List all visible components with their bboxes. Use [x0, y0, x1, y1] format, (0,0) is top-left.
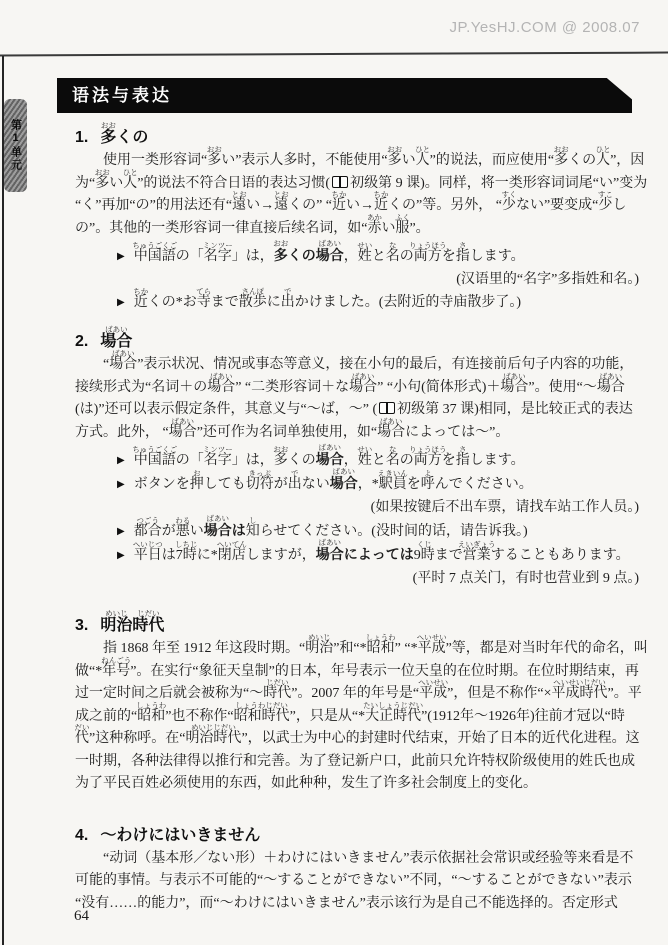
- ruby-base: 場合ばあい: [100, 333, 132, 350]
- ruby-base: 場合ばあい: [169, 425, 197, 440]
- ruby-base: 中国語ちゅうごくご: [134, 453, 176, 468]
- ruby-base: 多おお: [207, 153, 221, 168]
- ruby-base: 姓せい: [358, 453, 372, 468]
- ruby-base: 切符きっぷ: [246, 477, 274, 492]
- bullet-arrow-icon: ▶: [117, 526, 125, 537]
- example-sentence: ▶中国語ちゅうごくごの「名字ミンツー」は，多おおくの場合ばあい，姓せいと名なの両…: [75, 448, 641, 472]
- ruby-base: 近ちか: [332, 198, 346, 213]
- ruby-base: 場合ばあい: [316, 247, 344, 263]
- bullet-arrow-icon: ▶: [117, 455, 125, 466]
- ruby-base: 都合つごう: [134, 524, 162, 539]
- furigana: ばあい: [105, 326, 128, 334]
- ruby-base: 名な: [386, 453, 400, 468]
- ruby-base: 指さ: [456, 453, 470, 468]
- example-sentence-text: 平日へいじつは7時しちじに*閉店へいてんしますが，場合ばあいによっては9時くじま…: [134, 548, 630, 563]
- textbook-reference-icon: [379, 402, 395, 414]
- ruby-base: 呼よ: [421, 477, 435, 492]
- paragraph-line: 可能的事情。与表示不可能的“～することができない”不同，“～することができない”…: [75, 870, 641, 893]
- furigana: おお: [273, 240, 288, 248]
- paragraph-line: (は)”还可以表示假定条件，其意义与“～ば，～” (初级第 37 课)相同，是比…: [75, 399, 641, 422]
- paragraph-line: “动词（基本形／ない形）＋わけにはいきません”表示依据社会常识或经验等来看是不: [75, 848, 641, 871]
- furigana: ちゅうごくご: [132, 446, 177, 454]
- bullet-arrow-icon: ▶: [117, 297, 125, 308]
- ruby-base: 場合ばあい: [377, 425, 405, 440]
- section-header-title: 语法与表达: [57, 78, 172, 113]
- ruby-base: 場合ばあい: [330, 475, 358, 491]
- ruby-base: 服ふく: [395, 221, 409, 236]
- furigana: ちゅうごくご: [132, 242, 177, 250]
- furigana: きっぷ: [248, 470, 271, 478]
- ruby-base: 指さ: [456, 249, 470, 264]
- ruby-base: 平成へいせい: [418, 641, 446, 656]
- ruby-base: 名な: [386, 249, 400, 264]
- ruby-base: 出で: [281, 295, 295, 310]
- section-title: 場合ばあい: [100, 333, 132, 350]
- ruby-base: 駅員えきいん: [379, 477, 407, 492]
- ruby-base: 昭和しょうわ: [367, 641, 395, 656]
- ruby-base: 両方りょうほう: [414, 249, 442, 264]
- ruby-base: 多おお: [388, 153, 402, 168]
- section-number: 4.: [75, 827, 88, 844]
- content-column: 1.多おおくの 使用一类形容词“多おおい”表示人多时，不能使用“多おおい人ひと”…: [75, 116, 641, 915]
- grammar-section: 1.多おおくの 使用一类形容词“多おおい”表示人多时，不能使用“多おおい人ひと”…: [75, 116, 641, 314]
- ruby-base: 平日へいじつ: [134, 548, 162, 563]
- paragraph-line: 做“*年号ねんごう”。在实行“象征天皇制”的日本，年号表示一位天皇的在位时期。在…: [75, 661, 641, 684]
- ruby-base: 人ひと: [416, 153, 430, 168]
- furigana: さ: [459, 446, 467, 454]
- ruby-base: 昭和しょうわ: [137, 709, 165, 724]
- furigana: りょうほう: [409, 446, 447, 454]
- ruby-base: 押お: [190, 477, 204, 492]
- bullet-arrow-icon: ▶: [117, 550, 125, 561]
- paragraph-line: 成之前的“昭和しょうわ”也不称作“昭和時代しょうわじだい”，只是从“*大正時代た…: [75, 706, 641, 729]
- grammar-section: 3.明治めいじ時代じだい 指 1868 年至 1912 年这段时期。“明治めいじ…: [75, 604, 641, 796]
- section-examples: ▶中国語ちゅうごくごの「名字ミンツー」は，多おおくの場合ばあい，姓せいと名なの両…: [75, 448, 641, 590]
- ruby-base: 平成時代へいせいじだい: [551, 686, 607, 701]
- section-number: 1.: [75, 129, 88, 146]
- grammar-section: 2.場合ばあい “場合ばあい”表示状况、情况或事态等意义，接在小句的最后，有连接…: [75, 320, 641, 590]
- paragraph-line: 使用一类形容词“多おおい”表示人多时，不能使用“多おおい人ひと”的说法，而应使用…: [75, 150, 641, 173]
- furigana: な: [389, 446, 397, 454]
- ruby-base: 多おお: [554, 153, 568, 168]
- furigana: で: [291, 470, 299, 478]
- ruby-base: 名字ミンツー: [204, 453, 232, 468]
- ruby-base: 7時しちじ: [176, 548, 197, 563]
- ruby-base: 少すく: [502, 198, 516, 213]
- ruby-base: 遠とお: [232, 198, 246, 213]
- ruby-base: 閉店へいてん: [218, 548, 246, 563]
- ruby-base: 平成へいせい: [419, 686, 447, 701]
- grammar-section: 4.～わけにはいきません “动词（基本形／ない形）＋わけにはいきません”表示依据…: [75, 814, 641, 916]
- paragraph-line: 一时期，各种法律得以推行和完善。为了登记新户口，此前只允许特权阶级使用的姓氏也成: [75, 751, 641, 774]
- section-number: 3.: [75, 617, 88, 634]
- ruby-base: 両方りょうほう: [414, 453, 442, 468]
- example-translation: (如果按键后不出车票，请找车站工作人员。): [75, 496, 641, 519]
- furigana: し: [249, 517, 257, 525]
- ruby-base: 遠とお: [274, 198, 288, 213]
- ruby-base: 多おお: [95, 176, 109, 191]
- scan-top-edge-line: [0, 52, 668, 57]
- furigana: へいてん: [217, 541, 247, 549]
- ruby-base: 場合ばあい: [204, 522, 232, 538]
- ruby-base: 散歩さんぽ: [239, 295, 267, 310]
- ruby-base: 寺てら: [197, 295, 211, 310]
- ruby-base: 近ちか: [134, 295, 148, 310]
- ruby-base: 代だい: [75, 731, 89, 746]
- furigana: えきいん: [378, 470, 408, 478]
- section-paragraph: “动词（基本形／ない形）＋わけにはいきません”表示依据社会常识或经验等来看是不可…: [75, 848, 641, 916]
- section-number: 2.: [75, 333, 88, 350]
- example-sentence-text: 近ちかくの*お寺てらまで散歩さんぽに出でかけました。(去附近的寺庙散步了。): [134, 295, 521, 310]
- ruby-base: 場合ばあい: [316, 546, 344, 562]
- unit-tab-label: 第1单元: [8, 119, 24, 172]
- paragraph-line: “没有……的能力”，而“～わけにはいきません”表示该行为是自己不能选择的。否定形…: [75, 893, 641, 916]
- section-title: ～わけにはいきません: [100, 827, 260, 844]
- section-header-bar: 语法与表达: [57, 78, 632, 113]
- furigana: めいじ: [105, 610, 128, 618]
- example-sentence-text: ボタンを押おしても切符きっぷが出でない場合ばあい，*駅員えきいんを呼よんでくださ…: [134, 477, 533, 492]
- furigana: よ: [424, 470, 432, 478]
- furigana: な: [389, 242, 397, 250]
- emphasized-grammar-term: 多おおくの場合ばあい: [274, 247, 344, 263]
- furigana: くじ: [417, 541, 432, 549]
- section-examples: ▶中国語ちゅうごくごの「名字ミンツー」は，多おおくの場合ばあい，姓せいと名なの両…: [75, 244, 641, 314]
- example-translation: (平时 7 点关门，有时也营业到 9 点。): [75, 567, 641, 590]
- furigana: ばあい: [318, 240, 341, 248]
- furigana: せい: [357, 242, 372, 250]
- furigana: さ: [459, 242, 467, 250]
- ruby-base: 昭和時代しょうわじだい: [234, 709, 290, 724]
- ruby-base: 時代じだい: [132, 617, 164, 634]
- example-sentence: ▶近ちかくの*お寺てらまで散歩さんぽに出でかけました。(去附近的寺庙散步了。): [75, 291, 641, 314]
- section-paragraph: 指 1868 年至 1912 年这段时期。“明治めいじ”和“*昭和しょうわ” “…: [75, 638, 641, 796]
- section-title: 多おおくの: [100, 129, 148, 146]
- furigana: おお: [101, 122, 116, 130]
- ruby-base: 名字ミンツー: [204, 249, 232, 264]
- example-sentence: ▶都合つごうが悪わるい場合ばあいは知しらせてください。(没时间的话，请告诉我。): [75, 519, 641, 543]
- furigana: お: [193, 470, 201, 478]
- section-paragraph: “場合ばあい”表示状况、情况或事态等意义，接在小句的最后，有连接前后句子内容的功…: [75, 354, 641, 444]
- ruby-base: 明治時代めいじじだい: [185, 731, 241, 746]
- page-number: 64: [74, 908, 89, 925]
- ruby-base: 場合ばあい: [207, 380, 235, 395]
- example-sentence: ▶平日へいじつは7時しちじに*閉店へいてんしますが，場合ばあいによっては9時くじ…: [75, 543, 641, 567]
- furigana: おお: [273, 446, 288, 454]
- furigana: しちじ: [175, 541, 198, 549]
- paragraph-line: “く”再加“の”的用法还有“遠とおい→遠とおくの” “近ちかい→近ちかくの”等。…: [75, 195, 641, 218]
- furigana: りょうほう: [409, 242, 447, 250]
- ruby-base: 明治めいじ: [100, 617, 132, 634]
- section-title: 明治めいじ時代じだい: [100, 617, 164, 634]
- watermark: JP.YesHJ.COM @ 2008.07: [450, 19, 641, 36]
- section-paragraph: 使用一类形容词“多おおい”表示人多时，不能使用“多おおい人ひと”的说法，而应使用…: [75, 150, 641, 240]
- ruby-base: 多おお: [100, 129, 116, 146]
- ruby-base: 出で: [288, 477, 302, 492]
- paragraph-line: 为“多おおい人ひと”的说法不符合日语的表达习惯(初级第 9 课)。同样，将一类形…: [75, 173, 641, 196]
- paragraph-line: “場合ばあい”表示状况、情况或事态等意义，接在小句的最后，有连接前后句子内容的功…: [75, 354, 641, 377]
- ruby-base: 人ひと: [596, 153, 610, 168]
- ruby-base: 知し: [246, 524, 260, 539]
- ruby-base: 年号ねんごう: [102, 664, 130, 679]
- emphasized-grammar-term: 場合ばあい: [316, 451, 344, 467]
- example-sentence-text: 都合つごうが悪わるい場合ばあいは知しらせてください。(没时间的话，请告诉我。): [134, 524, 528, 539]
- paragraph-line: の”。其他的一类形容词一律直接后续名词，如“赤あかい服ふく”。: [75, 218, 641, 241]
- ruby-base: 赤あか: [367, 221, 381, 236]
- example-sentence: ▶ボタンを押おしても切符きっぷが出でない場合ばあい，*駅員えきいんを呼よんでくだ…: [75, 472, 641, 496]
- textbook-reference-icon: [332, 176, 348, 188]
- ruby-base: 人ひと: [123, 176, 137, 191]
- furigana: ばあい: [318, 444, 341, 452]
- furigana: せい: [357, 446, 372, 454]
- example-translation: (汉语里的“名字”多指姓和名。): [75, 268, 641, 291]
- unit-tab: 第1单元: [4, 99, 27, 192]
- furigana: ミンツー: [203, 242, 233, 250]
- ruby-base: 明治めいじ: [305, 641, 333, 656]
- furigana: ミンツー: [203, 446, 233, 454]
- paragraph-line: 接续形式为“名词＋の場合ばあい” “二类形容词＋な場合ばあい” “小句(简体形式…: [75, 377, 641, 400]
- emphasized-grammar-term: 場合ばあいによっては: [316, 546, 414, 562]
- paragraph-line: 方式。此外， “場合ばあい”还可作为名词单独使用，如“場合ばあいによっては～”。: [75, 422, 641, 445]
- paragraph-line: 代だい”这种称呼。在“明治時代めいじじだい”，以武士为中心的封建时代结束，开始了…: [75, 728, 641, 751]
- ruby-base: 場合ばあい: [500, 380, 528, 395]
- furigana: つごう: [136, 517, 159, 525]
- ruby-base: 多おお: [274, 453, 288, 468]
- furigana: へいじつ: [133, 541, 163, 549]
- furigana: じだい: [137, 610, 160, 618]
- ruby-base: 近ちか: [374, 198, 388, 213]
- ruby-base: 多おお: [274, 247, 288, 263]
- paragraph-line: 指 1868 年至 1912 年这段时期。“明治めいじ”和“*昭和しょうわ” “…: [75, 638, 641, 661]
- ruby-base: 場合ばあい: [349, 380, 377, 395]
- ruby-base: 大正時代たいしょうじだい: [365, 709, 421, 724]
- scan-left-edge-line: [2, 56, 4, 945]
- bullet-arrow-icon: ▶: [117, 251, 125, 262]
- furigana: えいぎょう: [458, 541, 496, 549]
- ruby-base: 9時くじ: [414, 548, 435, 563]
- paragraph-line: 过一定时间之后就会被称为“～時代じだい”。2007 年的年号是“平成へいせい”，…: [75, 683, 641, 706]
- bullet-arrow-icon: ▶: [117, 479, 125, 490]
- example-sentence-text: 中国語ちゅうごくごの「名字ミンツー」は，多おおくの場合ばあい，姓せいと名なの両方…: [134, 249, 525, 264]
- scanned-textbook-page: JP.YesHJ.COM @ 2008.07 第1单元 语法与表达 1.多おおく…: [0, 0, 668, 945]
- ruby-base: 悪わる: [176, 524, 190, 539]
- emphasized-grammar-term: 場合ばあいは: [204, 522, 246, 538]
- ruby-base: 場合ばあい: [316, 451, 344, 467]
- furigana: わる: [175, 517, 190, 525]
- ruby-base: 場合ばあい: [597, 380, 625, 395]
- ruby-base: 時代じだい: [263, 686, 291, 701]
- paragraph-line: 为了平民百姓必须使用的东西，如此种种，发生了许多社会制度上的变化。: [75, 773, 641, 796]
- example-sentence: ▶中国語ちゅうごくごの「名字ミンツー」は，多おおくの場合ばあい，姓せいと名なの両…: [75, 244, 641, 268]
- example-sentence-text: 中国語ちゅうごくごの「名字ミンツー」は，多おおくの場合ばあい，姓せいと名なの両方…: [134, 453, 525, 468]
- ruby-base: 中国語ちゅうごくご: [134, 249, 176, 264]
- page-fold-icon: [606, 78, 632, 102]
- ruby-base: 場合ばあい: [109, 357, 137, 372]
- ruby-base: 少すこ: [598, 198, 612, 213]
- ruby-base: 姓せい: [358, 249, 372, 264]
- emphasized-grammar-term: 場合ばあい: [330, 475, 358, 491]
- ruby-base: 営業えいぎょう: [463, 548, 491, 563]
